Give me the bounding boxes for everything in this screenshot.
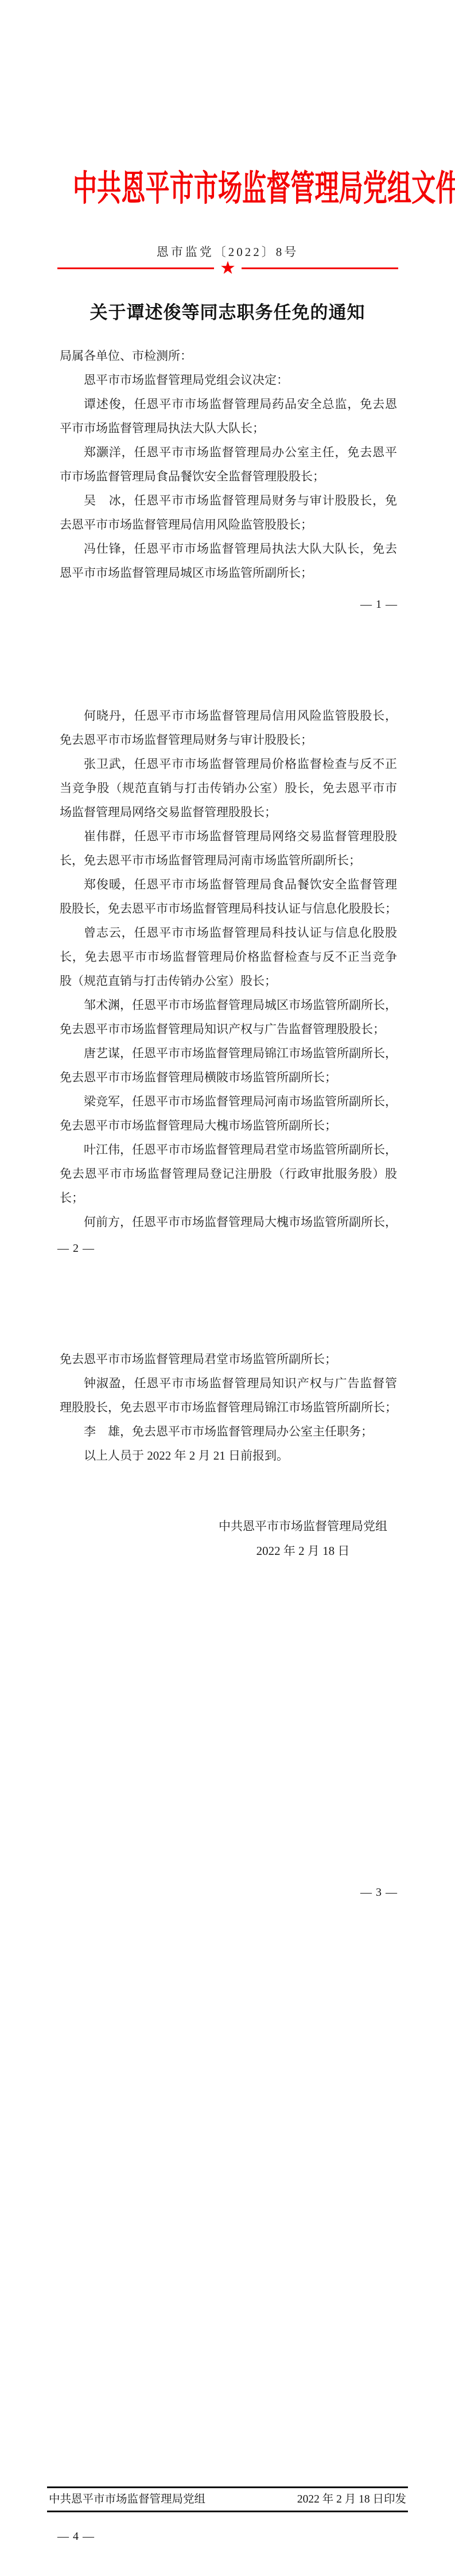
body-text-line: 场监督管理局网络交易监督管理股股长； bbox=[60, 800, 397, 824]
body-text-line: 当竞争股（规范直销与打击传销办公室）股长，免去恩平市市 bbox=[60, 776, 397, 800]
page-number-4: — 4 — bbox=[57, 2530, 95, 2543]
body-text-line: 长，免去恩平市市场监督管理局河南市场监管所副所长； bbox=[60, 848, 397, 872]
page-3: 免去恩平市市场监督管理局君堂市场监管所副所长；钟淑盈，任恩平市市场监督管理局知识… bbox=[0, 1288, 455, 1932]
body-text-line: 免去恩平市市场监督管理局财务与审计股股长； bbox=[60, 728, 397, 752]
divider-line-right bbox=[242, 267, 398, 269]
body-text-line: 恩平市市场监督管理局城区市场监管所副所长； bbox=[60, 561, 397, 585]
body-text-line: 免去恩平市市场监督管理局君堂市场监管所副所长； bbox=[60, 1347, 397, 1371]
body-text-line: 长； bbox=[60, 1186, 397, 1210]
body-text-line: 平市市场监督管理局执法大队大队长； bbox=[60, 416, 397, 440]
body-text-line: 郑灏洋，任恩平市市场监督管理局办公室主任，免去恩平 bbox=[60, 440, 397, 464]
body-text-line: 梁竞军，任恩平市市场监督管理局河南市场监管所副所长， bbox=[60, 1089, 397, 1114]
body-text-line: 冯仕锋，任恩平市市场监督管理局执法大队大队长，免去 bbox=[60, 537, 397, 561]
body-text-line: 免去恩平市市场监督管理局知识产权与广告监督管理股股长； bbox=[60, 1017, 397, 1041]
body-text-line: 免去恩平市市场监督管理局登记注册股（行政审批服务股）股 bbox=[60, 1162, 397, 1186]
footer-rule-top bbox=[47, 2486, 408, 2488]
star-icon: ★ bbox=[220, 258, 236, 278]
body-text-line: 李 雄，免去恩平市市场监督管理局办公室主任职务； bbox=[60, 1419, 397, 1444]
body-text-line: 长，免去恩平市市场监督管理局价格监督检查与反不正当竞争 bbox=[60, 945, 397, 969]
page-number-3: — 3 — bbox=[360, 1886, 398, 1899]
signature-block: 中共恩平市市场监督管理局党组 2022 年 2 月 18 日 bbox=[215, 1514, 391, 1564]
signature-org: 中共恩平市市场监督管理局党组 bbox=[215, 1514, 391, 1539]
body-text-line: 市市场监督管理局食品餐饮安全监督管理股股长； bbox=[60, 464, 397, 488]
page-number-2: — 2 — bbox=[57, 1242, 95, 1255]
masthead-title: 中共恩平市市场监督管理局党组文件 bbox=[73, 164, 382, 214]
page-2: 何晓丹，任恩平市市场监督管理局信用风险监管股股长，免去恩平市市场监督管理局财务与… bbox=[0, 644, 455, 1288]
body-text-line: 吴 冰，任恩平市市场监督管理局财务与审计股股长，免 bbox=[60, 488, 397, 513]
body-text-line: 局属各单位、市检测所： bbox=[60, 344, 397, 368]
body-text-line: 以上人员于 2022 年 2 月 21 日前报到。 bbox=[60, 1444, 397, 1468]
body-text-line: 钟淑盈，任恩平市市场监督管理局知识产权与广告监督管 bbox=[60, 1371, 397, 1395]
body-text-line: 谭述俊，任恩平市市场监督管理局药品安全总监，免去恩 bbox=[60, 392, 397, 416]
footer-print-date: 2022 年 2 月 18 日印发 bbox=[297, 2491, 406, 2508]
body-text-line: 邹术渊，任恩平市市场监督管理局城区市场监管所副所长， bbox=[60, 993, 397, 1017]
body-text-line: 崔伟群，任恩平市市场监督管理局网络交易监督管理股股 bbox=[60, 824, 397, 848]
body-text-line: 郑俊暖，任恩平市市场监督管理局食品餐饮安全监督管理 bbox=[60, 872, 397, 897]
body-text-line: 股股长，免去恩平市市场监督管理局科技认证与信息化股股长； bbox=[60, 897, 397, 921]
body-text-line: 恩平市市场监督管理局党组会议决定： bbox=[60, 368, 397, 392]
page-4: 中共恩平市市场监督管理局党组 2022 年 2 月 18 日印发 — 4 — bbox=[0, 1932, 455, 2576]
signature-date: 2022 年 2 月 18 日 bbox=[215, 1539, 391, 1564]
document-title: 关于谭述俊等同志职务任免的通知 bbox=[0, 298, 455, 324]
body-text-line: 免去恩平市市场监督管理局横陂市场监管所副所长； bbox=[60, 1065, 397, 1089]
body-text-page-1: 局属各单位、市检测所：恩平市市场监督管理局党组会议决定：谭述俊，任恩平市市场监督… bbox=[60, 344, 397, 585]
body-text-line: 何晓丹，任恩平市市场监督管理局信用风险监管股股长， bbox=[60, 704, 397, 728]
footer-issuer: 中共恩平市市场监督管理局党组 bbox=[49, 2491, 205, 2508]
page-number-1: — 1 — bbox=[360, 598, 398, 611]
page-1: 中共恩平市市场监督管理局党组文件 恩市监党〔2022〕8号 ★ 关于谭述俊等同志… bbox=[0, 0, 455, 644]
body-text-line: 股（规范直销与打击传销办公室）股长； bbox=[60, 969, 397, 993]
body-text-line: 曾志云，任恩平市市场监督管理局科技认证与信息化股股 bbox=[60, 921, 397, 945]
body-text-line: 理股股长，免去恩平市市场监督管理局锦江市场监管所副所长； bbox=[60, 1395, 397, 1419]
body-text-line: 唐艺谋，任恩平市市场监督管理局锦江市场监管所副所长， bbox=[60, 1041, 397, 1065]
body-text-page-3: 免去恩平市市场监督管理局君堂市场监管所副所长；钟淑盈，任恩平市市场监督管理局知识… bbox=[60, 1347, 397, 1468]
footer-rule-bottom bbox=[47, 2511, 408, 2512]
body-text-line: 张卫武，任恩平市市场监督管理局价格监督检查与反不正 bbox=[60, 752, 397, 776]
official-document: 中共恩平市市场监督管理局党组文件 恩市监党〔2022〕8号 ★ 关于谭述俊等同志… bbox=[0, 0, 455, 2576]
body-text-line: 免去恩平市市场监督管理局大槐市场监管所副所长； bbox=[60, 1114, 397, 1138]
red-divider: ★ bbox=[57, 258, 398, 278]
body-text-line: 何前方，任恩平市市场监督管理局大槐市场监管所副所长， bbox=[60, 1210, 397, 1234]
body-text-line: 叶江伟，任恩平市市场监督管理局君堂市场监管所副所长， bbox=[60, 1138, 397, 1162]
divider-line-left bbox=[57, 267, 214, 269]
body-text-page-2: 何晓丹，任恩平市市场监督管理局信用风险监管股股长，免去恩平市市场监督管理局财务与… bbox=[60, 704, 397, 1234]
body-text-line: 去恩平市市场监督管理局信用风险监管股股长； bbox=[60, 513, 397, 537]
footer-row: 中共恩平市市场监督管理局党组 2022 年 2 月 18 日印发 bbox=[49, 2491, 406, 2508]
